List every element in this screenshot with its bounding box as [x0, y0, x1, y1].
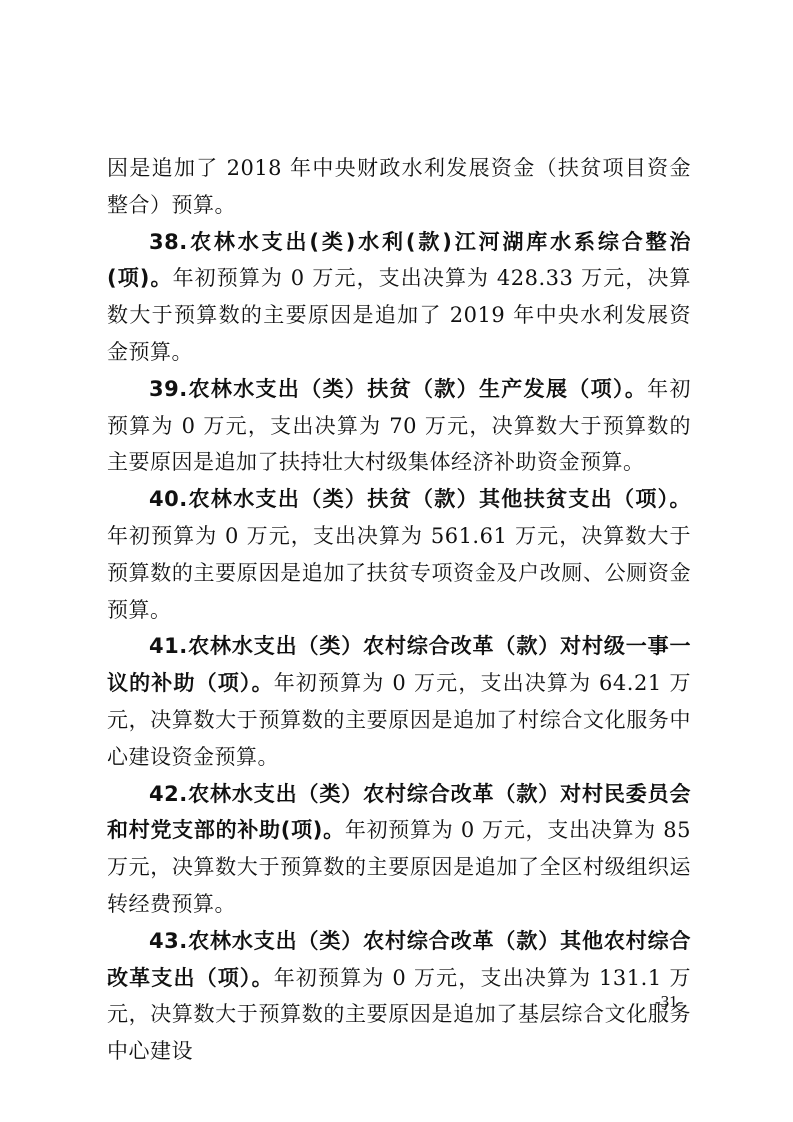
paragraph-item-40: 40.农林水支出（类）扶贫（款）其他扶贫支出（项）。年初预算为 0 万元，支出决…	[107, 481, 691, 628]
document-page: 因是追加了 2018 年中央财政水利发展资金（扶贫项目资金整合）预算。 38.农…	[107, 150, 691, 1070]
paragraph-item-39: 39.农林水支出（类）扶贫（款）生产发展（项）。年初预算为 0 万元，支出决算为…	[107, 371, 691, 481]
item-heading: 40.农林水支出（类）扶贫（款）其他扶贫支出（项）。	[149, 487, 691, 511]
paragraph-item-43: 43.农林水支出（类）农村综合改革（款）其他农村综合改革支出（项）。年初预算为 …	[107, 923, 691, 1070]
paragraph-item-42: 42.农林水支出（类）农村综合改革（款）对村民委员会和村党支部的补助(项)。年初…	[107, 776, 691, 923]
paragraph-body: 因是追加了 2018 年中央财政水利发展资金（扶贫项目资金整合）预算。	[107, 156, 691, 217]
paragraph-continued: 因是追加了 2018 年中央财政水利发展资金（扶贫项目资金整合）预算。	[107, 150, 691, 224]
paragraph-item-41: 41.农林水支出（类）农村综合改革（款）对村级一事一议的补助（项）。年初预算为 …	[107, 628, 691, 775]
paragraph-body: 年初预算为 0 万元，支出决算为 561.61 万元，决算数大于预算数的主要原因…	[107, 524, 691, 622]
item-heading: 39.农林水支出（类）扶贫（款）生产发展（项）。	[149, 377, 647, 401]
paragraph-item-38: 38.农林水支出(类)水利(款)江河湖库水系综合整治(项)。年初预算为 0 万元…	[107, 224, 691, 371]
page-number: -31-	[655, 992, 683, 1012]
paragraph-body: 年初预算为 0 万元，支出决算为 428.33 万元，决算数大于预算数的主要原因…	[107, 266, 691, 364]
